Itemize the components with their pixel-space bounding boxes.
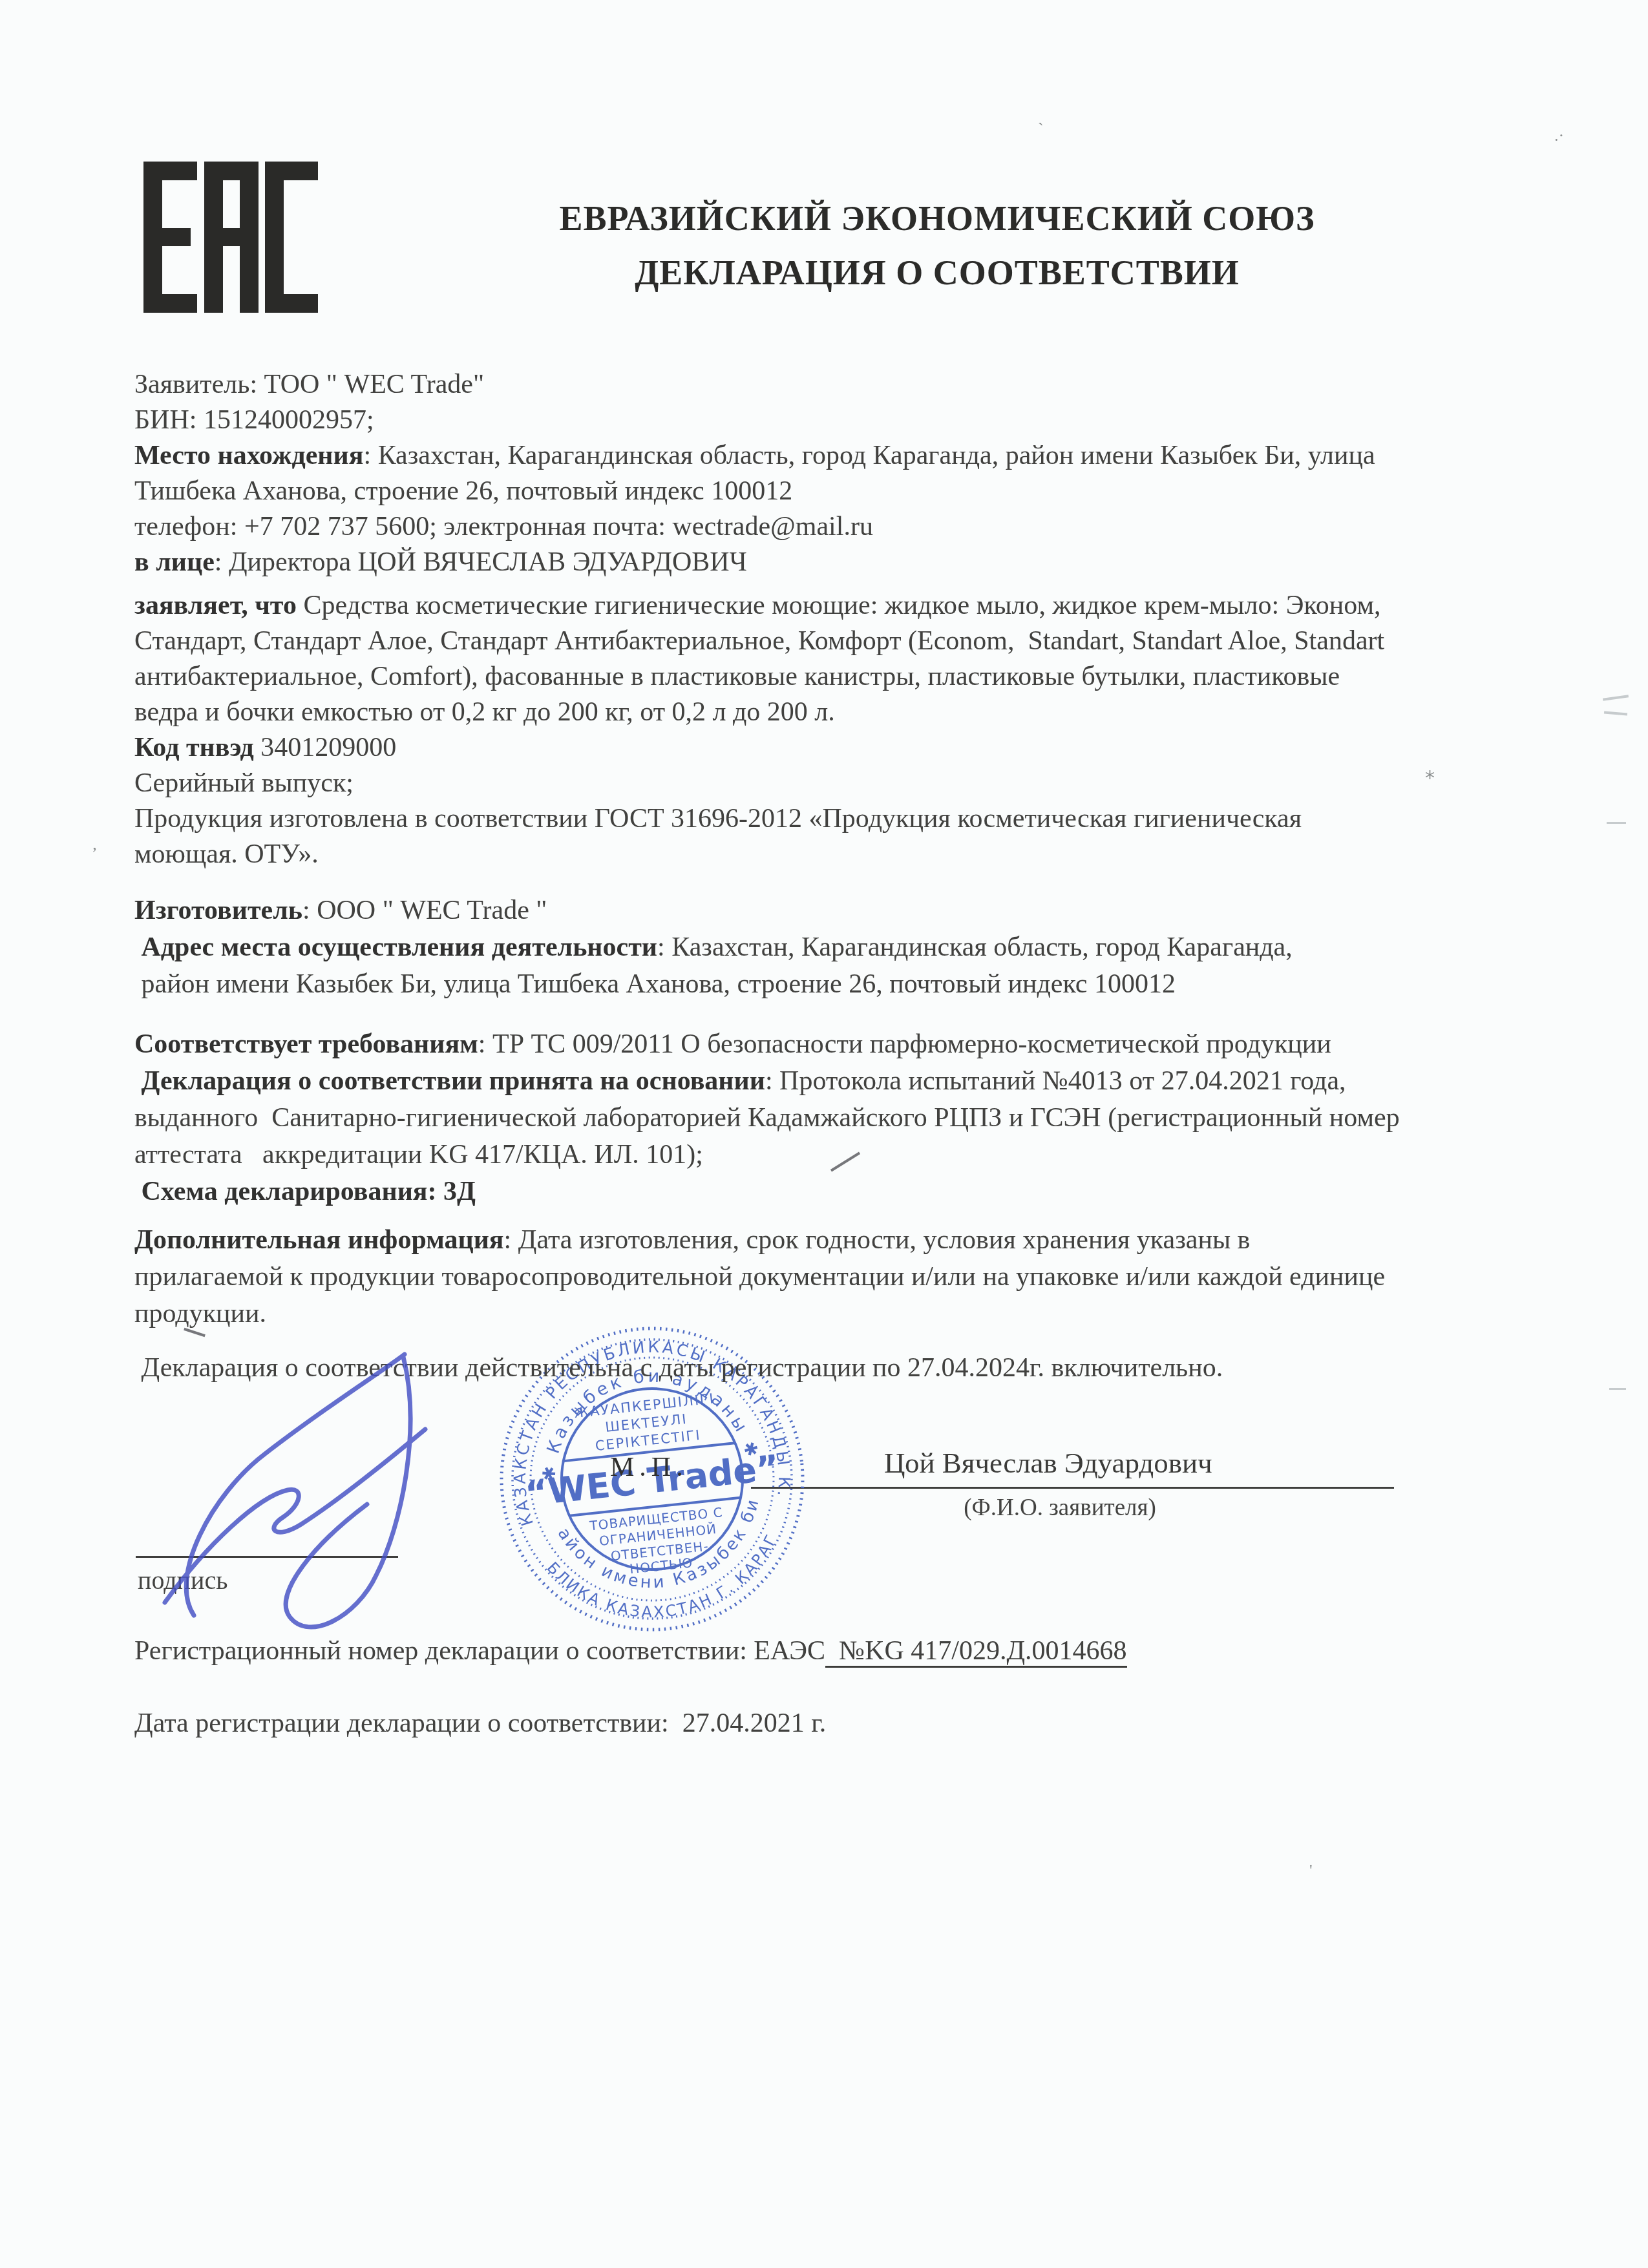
manufacturer-block: Изготовитель: ООО " WEC Trade " Адрес ме… [134,892,1293,1003]
registration-number-value: №KG 417/029.Д.0014668 [825,1636,1127,1668]
basis-line1: Декларация о соответствии принята на осн… [134,1063,1400,1100]
manufacturer-line: Изготовитель: ООО " WEC Trade " [134,892,1293,929]
declaration-document: ЕВРАЗИЙСКИЙ ЭКОНОМИЧЕСКИЙ СОЮЗ ДЕКЛАРАЦИ… [0,0,1648,2268]
additional-line3: продукции. [134,1296,1385,1332]
applicant-block: Заявитель: ТОО " WEC Trade" БИН: 1512400… [134,367,1375,580]
registration-date-value: 27.04.2021 г. [675,1708,826,1738]
scan-artifact: ‚ [92,835,98,854]
scan-artifact [1604,711,1627,715]
applicant-fullname: Цой Вячеслав Эдуардович [884,1446,1212,1480]
manufacturer-address-line2: район имени Казыбек Би, улица Тишбека Ах… [134,966,1293,1003]
title-line1: ЕВРАЗИЙСКИЙ ЭКОНОМИЧЕСКИЙ СОЮЗ [452,191,1422,246]
scan-artifact: ⁎ [1425,761,1435,784]
handwritten-signature [129,1331,465,1648]
basis-line2: выданного Санитарно-гигиенической лабора… [134,1100,1400,1137]
manufacturer-address-line: Адрес места осуществления деятельности: … [134,929,1293,966]
gost-line1: Продукция изготовлена в соответствии ГОС… [134,801,1384,837]
applicant-contacts-line: телефон: +7 702 737 5600; электронная по… [134,509,1375,545]
additional-line2: прилагаемой к продукции товаросопроводит… [134,1259,1385,1296]
scan-artifact [1607,822,1626,824]
declares-line4: ведра и бочки емкостью от 0,2 кг до 200 … [134,695,1384,730]
serial-line: Серийный выпуск; [134,766,1384,801]
scan-artifact: .· [1554,126,1564,145]
additional-line1: Дополнительная информация: Дата изготовл… [134,1222,1385,1259]
applicant-bin-line: БИН: 151240002957; [134,403,1375,438]
requirements-line: Соответствует требованиям: ТР ТС 009/201… [134,1026,1400,1063]
document-title: ЕВРАЗИЙСКИЙ ЭКОНОМИЧЕСКИЙ СОЮЗ ДЕКЛАРАЦИ… [452,191,1422,300]
gost-line2: моющая. ОТУ». [134,837,1384,872]
title-line2: ДЕКЛАРАЦИЯ О СООТВЕТСТВИИ [452,246,1422,300]
scan-artifact: ` [1038,120,1044,139]
additional-info-block: Дополнительная информация: Дата изготовл… [134,1222,1385,1332]
declares-line1: заявляет, что Средства косметические гиг… [134,588,1384,624]
scan-artifact [1603,695,1629,701]
eac-logo [143,162,318,313]
scheme-line: Схема декларирования: 3Д [134,1173,1400,1210]
declares-line3: антибактериальное, Comfort), фасованные … [134,659,1384,695]
compliance-block: Соответствует требованиям: ТР ТС 009/201… [134,1026,1400,1210]
scan-artifact [1609,1388,1626,1390]
basis-line3: аттестата аккредитации KG 417/КЦА. ИЛ. 1… [134,1137,1400,1173]
declares-line2: Стандарт, Стандарт Алое, Стандарт Антиба… [134,624,1384,659]
registration-date-row: Дата регистрации декларации о соответств… [134,1706,826,1741]
applicant-name-caption: (Ф.И.О. заявителя) [801,1494,1318,1522]
applicant-location-line: Место нахождения: Казахстан, Карагандинс… [134,438,1375,474]
applicant-name-line: Заявитель: ТОО " WEC Trade" [134,367,1375,403]
stamp-place-mark: М.П. [610,1452,688,1483]
applicant-location-line2: Тишбека Аханова, строение 26, почтовый и… [134,474,1375,509]
applicant-person-line: в лице: Директора ЦОЙ ВЯЧЕСЛАВ ЭДУАРДОВИ… [134,545,1375,580]
tnved-line: Код тнвэд 3401209000 [134,730,1384,766]
applicant-name-line [751,1487,1394,1489]
scan-artifact: ' [1309,1861,1313,1880]
product-block: заявляет, что Средства косметические гиг… [134,588,1384,872]
